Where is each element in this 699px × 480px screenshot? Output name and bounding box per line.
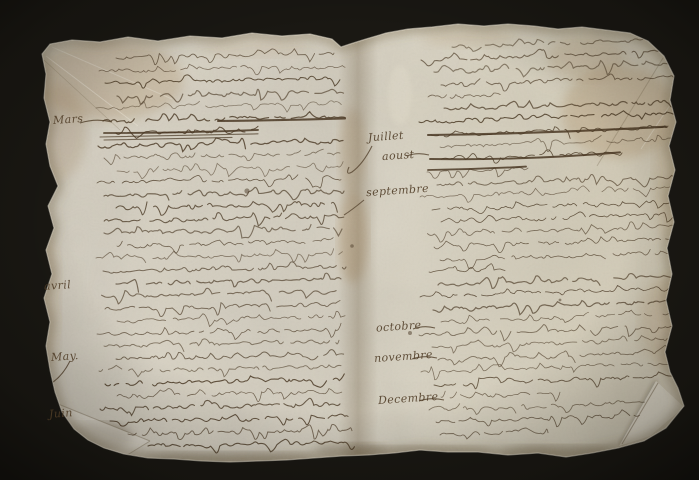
photograph-of-manuscript: Mars avril May. Juin Juillet aoust septe… bbox=[0, 0, 699, 480]
vignette bbox=[0, 0, 699, 480]
manuscript-sheet bbox=[0, 0, 699, 480]
